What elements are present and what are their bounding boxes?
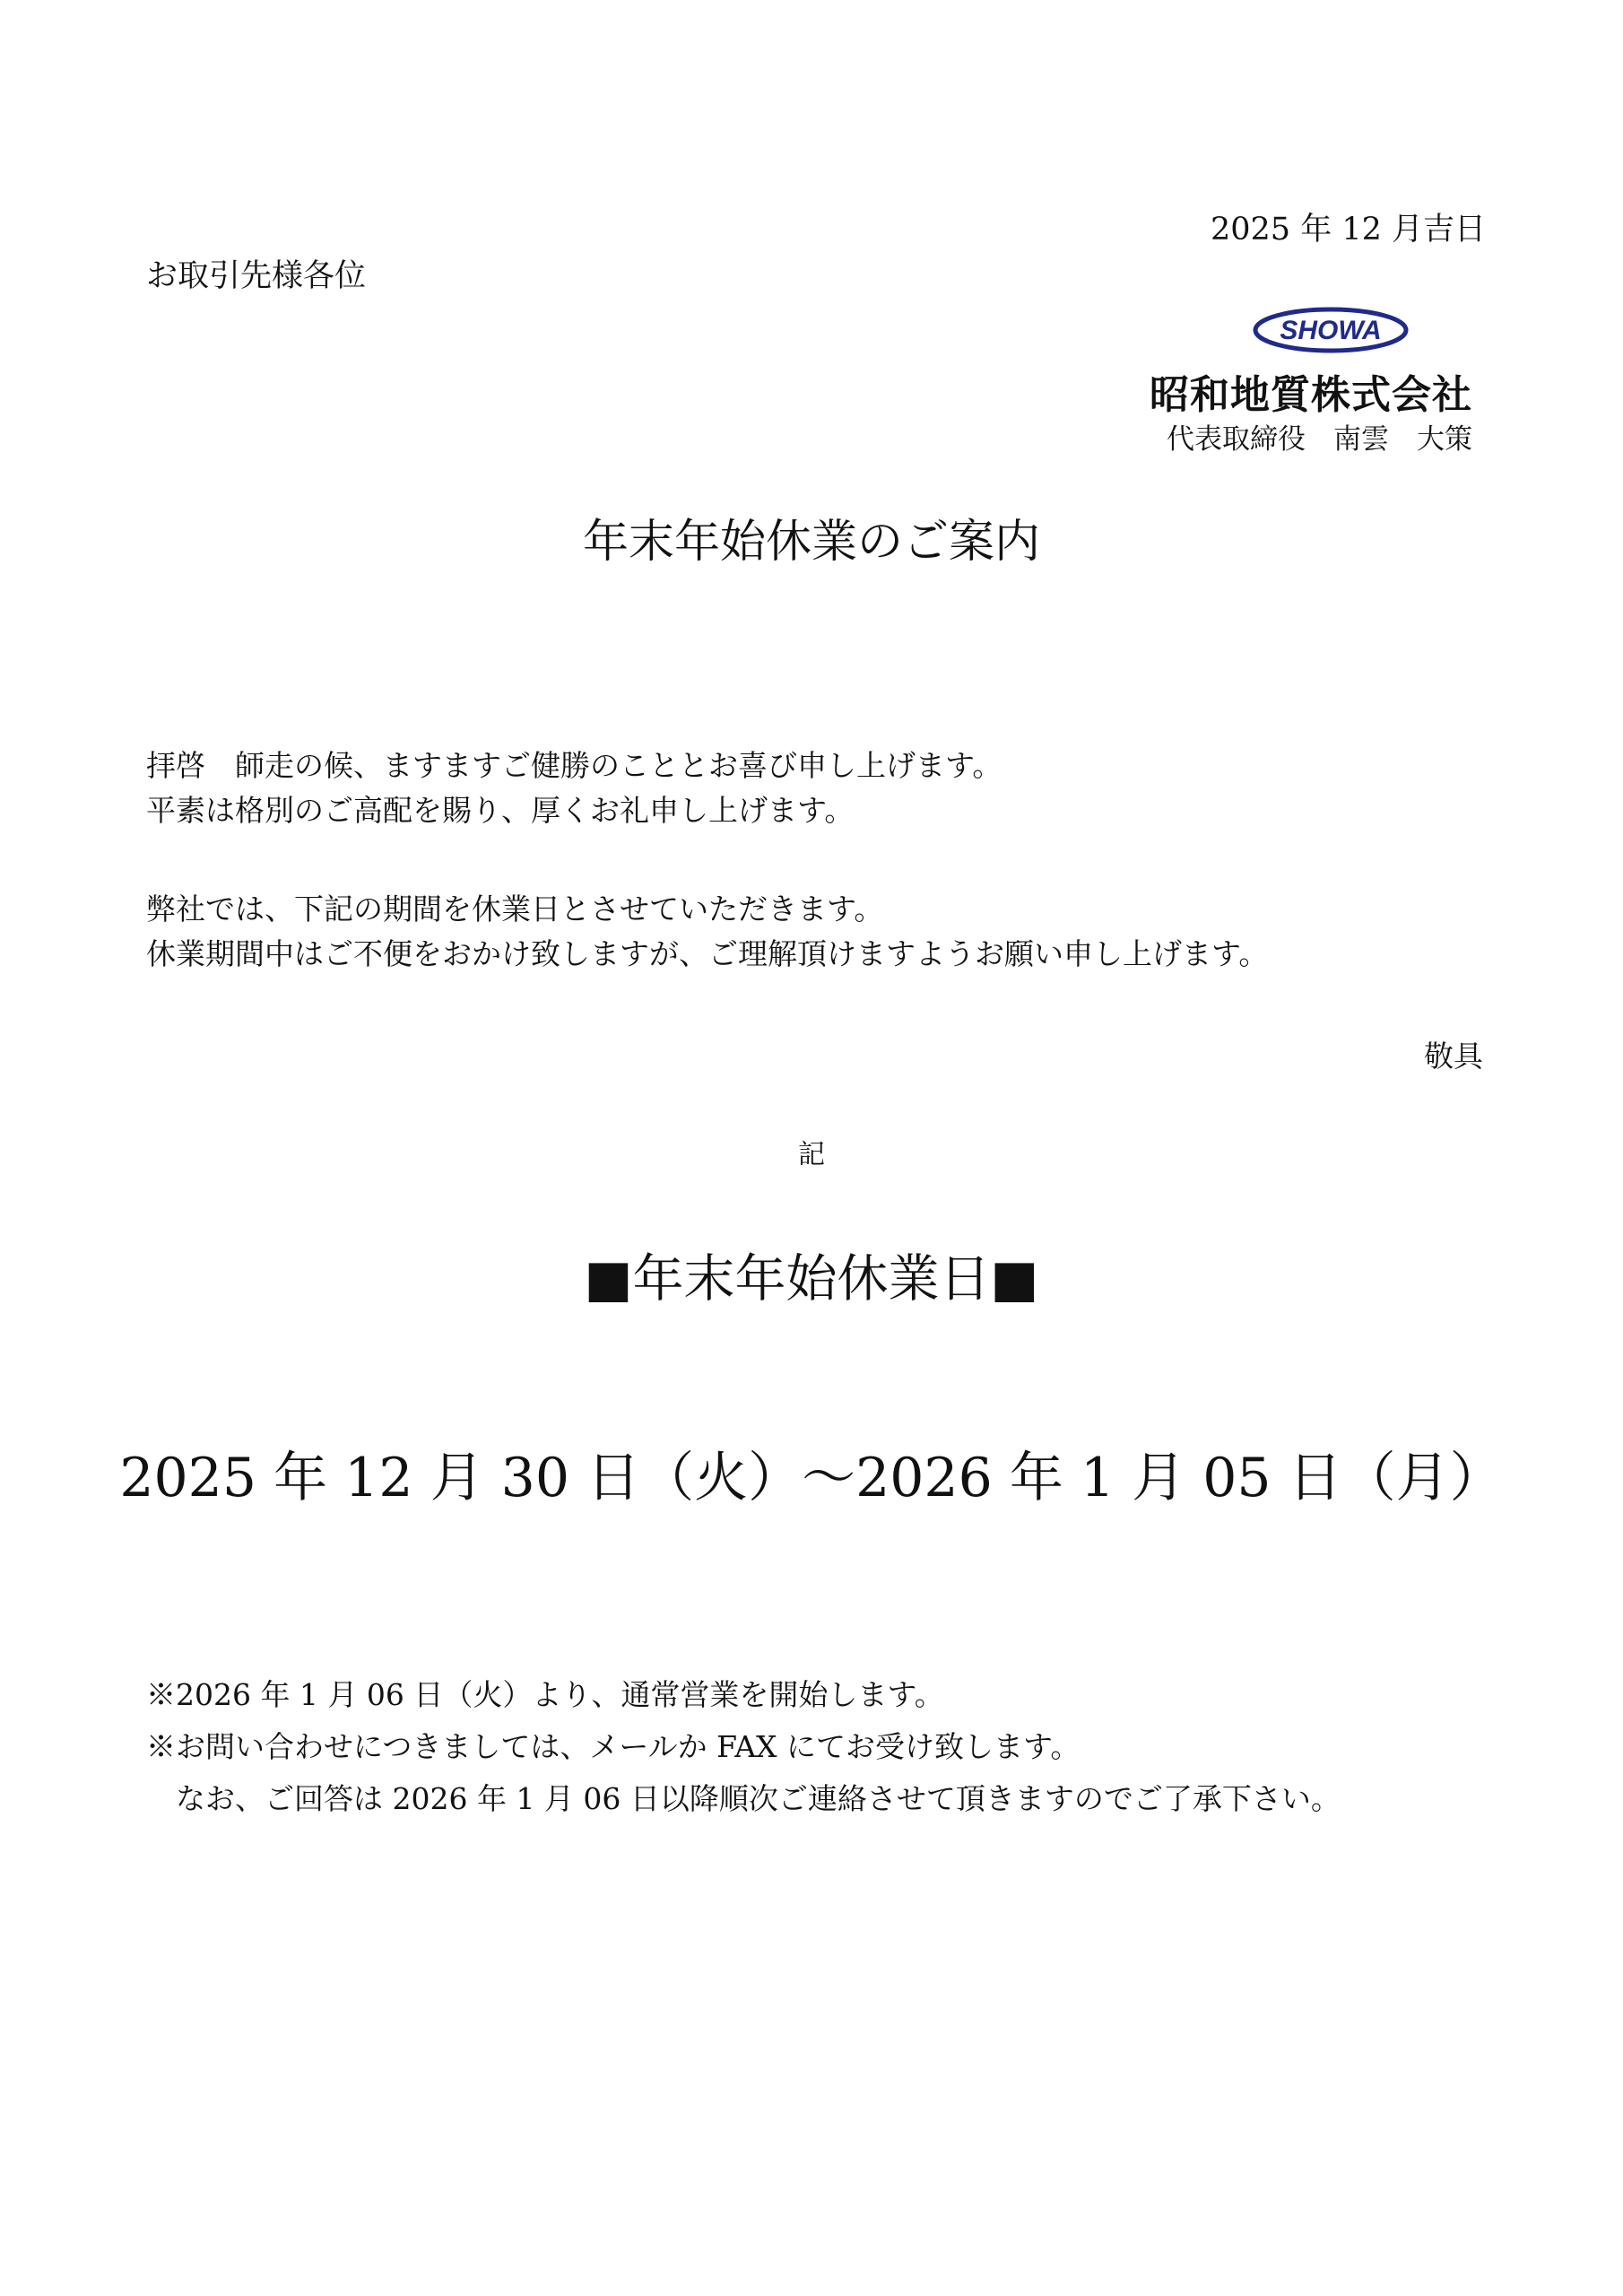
body-line: 弊社では、下記の期間を休業日とさせていただきます。 <box>146 886 883 928</box>
representative: 代表取締役 南雲 大策 <box>1167 416 1472 457</box>
company-name: 昭和地質株式会社 <box>1150 362 1472 420</box>
record-marker: 記 <box>0 1132 1623 1171</box>
body-line: 拝啓 師走の候、ますますご健勝のこととお喜び申し上げます。 <box>146 743 1002 785</box>
holiday-heading: ■年末年始休業日■ <box>0 1238 1623 1311</box>
document-date: 2025 年 12 月吉日 <box>1211 204 1486 249</box>
body-line: 平素は格別のご高配を賜り、厚くお礼申し上げます。 <box>146 787 854 830</box>
addressee: お取引先様各位 <box>146 251 366 296</box>
logo-text: SHOWA <box>1280 316 1381 345</box>
page-title: 年末年始休業のご案内 <box>0 504 1623 570</box>
showa-logo-icon: SHOWA <box>1252 305 1410 355</box>
body-line: 休業期間中はご不便をおかけ致しますが、ご理解頂けますようお願い申し上げます。 <box>146 931 1268 973</box>
note-line: なお、ご回答は 2026 年 1 月 06 日以降順次ご連絡させて頂きますのでご… <box>146 1776 1341 1818</box>
company-logo: SHOWA <box>1252 305 1410 355</box>
holiday-period: 2025 年 12 月 30 日（火）～2026 年 1 月 05 日（月） <box>0 1435 1623 1512</box>
closing-keigu: 敬具 <box>1424 1033 1483 1075</box>
note-line: ※お問い合わせにつきましては、メールか FAX にてお受け致します。 <box>146 1724 1080 1766</box>
note-line: ※2026 年 1 月 06 日（火）より、通常営業を開始します。 <box>146 1672 944 1714</box>
